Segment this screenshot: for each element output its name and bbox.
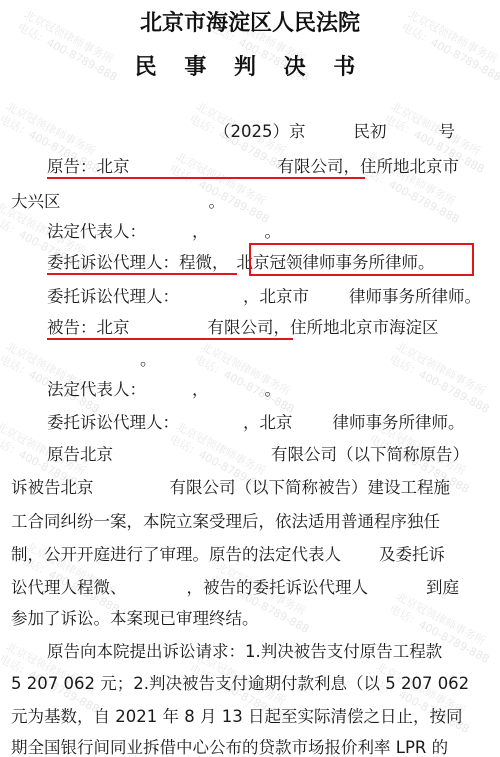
case-number: （2025）京民初号 xyxy=(214,122,455,142)
plaintiff-legal-rep: 法定代表人：，。 xyxy=(47,222,281,242)
plaintiff-address-line: 大兴区。 xyxy=(11,192,225,212)
defendant-agent: 委托诉讼代理人：，北京律师事务所律师。 xyxy=(47,413,465,433)
body-line: 制，公开开庭进行了审理。原告的法定代表人及委托诉 xyxy=(11,545,445,565)
claims-line: 元为基数，自 2021 年 8 月 13 日起至实际清偿之日止，按同 xyxy=(11,707,462,727)
watermark: 北京冠领律师事务所电话：400-8789-888 xyxy=(0,340,108,417)
watermark: 北京冠领律师事务所电话：400-8789-888 xyxy=(192,340,303,417)
red-underline-agent xyxy=(47,273,237,275)
court-name: 北京市海淀区人民法院 xyxy=(0,6,500,37)
plaintiff-line: 原告：北京有限公司，住所地北京市 xyxy=(47,157,459,177)
red-box-law-firm xyxy=(249,243,474,276)
red-underline-defendant xyxy=(47,338,293,340)
claims-line: 期全国银行间同业拆借中心公布的贷款市场报价利率 LPR 的 xyxy=(11,738,448,757)
watermark: 北京冠领律师事务所电话：400-8789-888 xyxy=(387,340,498,417)
claims-line: 原告向本院提出诉讼请求：1.判决被告支付原告工程款 xyxy=(47,642,442,662)
defendant-legal-rep: 法定代表人：，。 xyxy=(47,380,281,400)
document-type: 民 事 判 决 书 xyxy=(0,50,500,81)
red-underline-plaintiff xyxy=(47,177,365,179)
defendant-address-end: 。 xyxy=(140,350,157,370)
body-line: 工合同纠纷一案，本院立案受理后，依法适用普通程序独任 xyxy=(11,512,440,532)
body-line: 参加了诉讼。本案现已审理终结。 xyxy=(11,609,259,629)
body-line: 原告北京有限公司（以下简称原告） xyxy=(47,445,469,465)
body-line: 诉被告北京有限公司（以下简称被告）建设工程施 xyxy=(11,478,450,498)
body-line: 讼代理人程微、，被告的委托诉讼代理人到庭 xyxy=(11,578,459,598)
plaintiff-agent-2: 委托诉讼代理人：，北京市律师事务所律师。 xyxy=(47,287,481,307)
defendant-line: 被告：北京有限公司，住所地北京市海淀区 xyxy=(47,318,439,338)
claims-line: 5 207 062 元；2.判决被告支付逾期付款利息（以 5 207 062 xyxy=(11,674,469,694)
